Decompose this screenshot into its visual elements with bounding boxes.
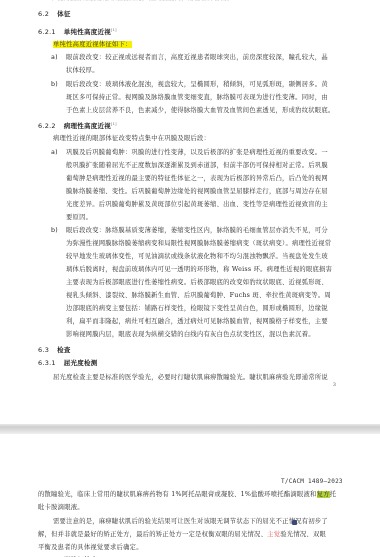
page-header-standard-code: T/CACM 1489—2023: [281, 478, 343, 486]
heading-title: 屈光度检测: [64, 359, 98, 367]
heading-number: 6.2.2: [38, 122, 56, 130]
previous-line-fragment: c) 视网膜脉络膜萎缩等眼底病变，视网膜脱离，需要格外警惕。: [48, 0, 234, 3]
heading-6-3-1: 6.3.1屈光度检测: [38, 359, 98, 367]
heading-number: 6.3.1: [38, 359, 56, 367]
list-marker-b: b): [51, 81, 58, 89]
intro-paragraph: 病理性近视的眼部体征改变特点集中在巩膜及眼后段：: [53, 135, 210, 143]
paragraph-line: 需要注意的是，麻痹睫状肌后的验光结果可让医生对该眼无调节状态下的屈光不正情况有初…: [53, 518, 328, 526]
list-line: 利，扁平而非隆起，病灶可相互融合，透过病灶可见脉络膜血管，视网膜格子样变性，主要: [66, 318, 328, 326]
list-marker-b: b): [51, 227, 58, 235]
list-line: 状体较厚。: [66, 67, 99, 75]
list-marker-a: a): [51, 149, 58, 157]
reference-marker[interactable]: [1]: [111, 28, 117, 32]
paragraph-line: 吡卡胺滴眼液。: [38, 504, 84, 512]
list-marker-a: a): [51, 54, 58, 62]
text-segment: 验光情况、双眼: [280, 531, 326, 538]
list-line: 眼后段改变：玻璃体液化混浊，视盘较大，呈椭圆形，稍倾斜，可见弧形斑，颞侧居多。黄: [66, 81, 328, 89]
page-number: 3: [333, 383, 336, 388]
list-line: 要原因。: [66, 214, 92, 222]
heading-6-2: 6.2体征: [38, 10, 71, 18]
paragraph-line: 屈光度检查主要是标准的医学验光，必要时行睫状肌麻痹散瞳验光。睫状肌麻痹验光即通常…: [53, 374, 328, 382]
highlighted-text[interactable]: 单纯性高度近视体征如下：: [53, 41, 132, 48]
heading-title: 体征: [57, 10, 71, 18]
list-line: 于色素上皮层营养不良，色素减少，使得脉络膜大血管及血管间色素透见，形成豹纹状眼底…: [66, 107, 334, 115]
heading-6-2-1: 6.2.1单纯性高度近视[1]: [38, 26, 117, 36]
heading-number: 6.3: [38, 346, 49, 354]
list-line: 影响视网膜内层，眼底表现为纵横交错的白线内有灰白色点状变性区，混以色素沉着。: [66, 331, 315, 339]
heading-6-3: 6.3检查: [38, 346, 71, 354]
text-cursor-icon: [292, 520, 297, 525]
heading-title: 单纯性高度近视: [64, 28, 111, 36]
list-line: 光度差异。后巩膜葡萄肿累及黄斑部位引起黄斑萎缩、出血、变性等是病理性近视致盲的主: [66, 201, 328, 209]
highlighted-text[interactable]: 复方: [317, 491, 330, 498]
paragraph-line: 解，但并非就是最好的矫正处方，最后的矫正处方一定是权衡双眼的屈光情况、主觉验光情…: [38, 531, 326, 539]
heading-number: 6.2: [38, 10, 49, 18]
heading-6-2-2: 6.2.2病理性高度近视[1]: [38, 120, 117, 130]
list-line: 眼后段改变：脉络膜基质变薄萎缩，萎缩变性区内，脉络膜的毛细血管层亦消失不见，可分: [66, 227, 328, 235]
page-separator: [0, 424, 380, 434]
list-line: 眼前段改变：较正视或远视者而言，高度近视患者眼球突出，前房深度较深，瞳孔较大，晶: [66, 54, 328, 62]
paragraph-line: 平衡及患者的具体视觉要求后确定。: [38, 544, 143, 552]
text-segment: 解，但并非就是最好的矫正处方，最后的矫正处方一定是权衡双眼的屈光情况、: [38, 531, 267, 538]
heading-number: 6.2.1: [38, 28, 56, 36]
red-marked-text[interactable]: 主觉: [267, 531, 280, 538]
list-line: 般巩膜扩张随着屈光不正度数加深逐渐累及到赤道部，但前半部仍可保持相对正常。后巩膜: [66, 162, 328, 170]
list-line: 为弥漫性视网膜脉络膜萎缩病变和局限性视网膜脉络膜萎缩病变（斑状病变）。病理性近视…: [66, 240, 331, 248]
document-page-3: c) 视网膜脉络膜萎缩等眼底病变，视网膜脱离，需要格外警惕。 6.2体征 6.2…: [0, 0, 380, 424]
list-line: 膜脉络膜萎缩、变性。后巩膜葡萄肿边缘处的视网膜血管呈屈膝样走行，底部与周边存在屈: [66, 188, 328, 196]
text-segment: 托: [330, 491, 337, 498]
list-line: 视乳头倾斜、漆裂纹、脉络膜新生血管、后巩膜葡萄肿、Fuchs 斑、牵拉性黄斑病变…: [66, 292, 331, 300]
paragraph-line: 的散瞳验光，临床上常用的睫状肌麻痹药物有 1%阿托品眼膏或凝胶、1%盐酸环喷托酯…: [38, 491, 336, 499]
list-line: 斑区多可保持正常。视网膜及脉络膜血管变细变直，脉络膜可表现为进行性变薄。同时，由: [66, 94, 328, 102]
text-segment: 的散瞳验光，临床上常用的睫状肌麻痹药物有 1%阿托品眼膏或凝胶、1%盐酸环喷托酯…: [38, 491, 317, 498]
intro-paragraph: 单纯性高度近视体征如下：: [53, 41, 132, 49]
document-page-4: T/CACM 1489—2023 的散瞳验光，临床上常用的睫状肌麻痹药物有 1%…: [0, 434, 380, 557]
list-line: 较早地发生玻璃体变性，可见油滴状或线条状液化物和不均匀混浊物飘浮。当视盘处发生玻: [66, 253, 328, 261]
heading-title: 检查: [57, 346, 71, 354]
list-line: 主要表现为后极部眼底进行性萎缩性病变。后极部眼底的改变如豹纹状眼底、近视弧形斑、: [66, 279, 328, 287]
list-line: 璃体后脱离时，视盘前玻璃体内可见一透明的环形物，称 Weiss 环。病理性近视的…: [66, 266, 332, 274]
heading-title: 病理性高度近视: [64, 122, 111, 130]
list-line: 边部眼底的病变主要包括：铺路石样变性，检眼镜下变性呈黄白色，圆形或椭圆形，边缘锐: [66, 305, 328, 313]
list-line: 巩膜及后巩膜葡萄肿：巩膜的进行性变薄，以及后极部的扩张是病理性近视的重要改变。一: [66, 149, 328, 157]
list-line: 葡萄肿是病理性近视的最主要的特征性体征之一，表现为后极部的异常后凸，后凸处的视网: [66, 175, 328, 183]
reference-marker[interactable]: [1]: [111, 122, 117, 126]
